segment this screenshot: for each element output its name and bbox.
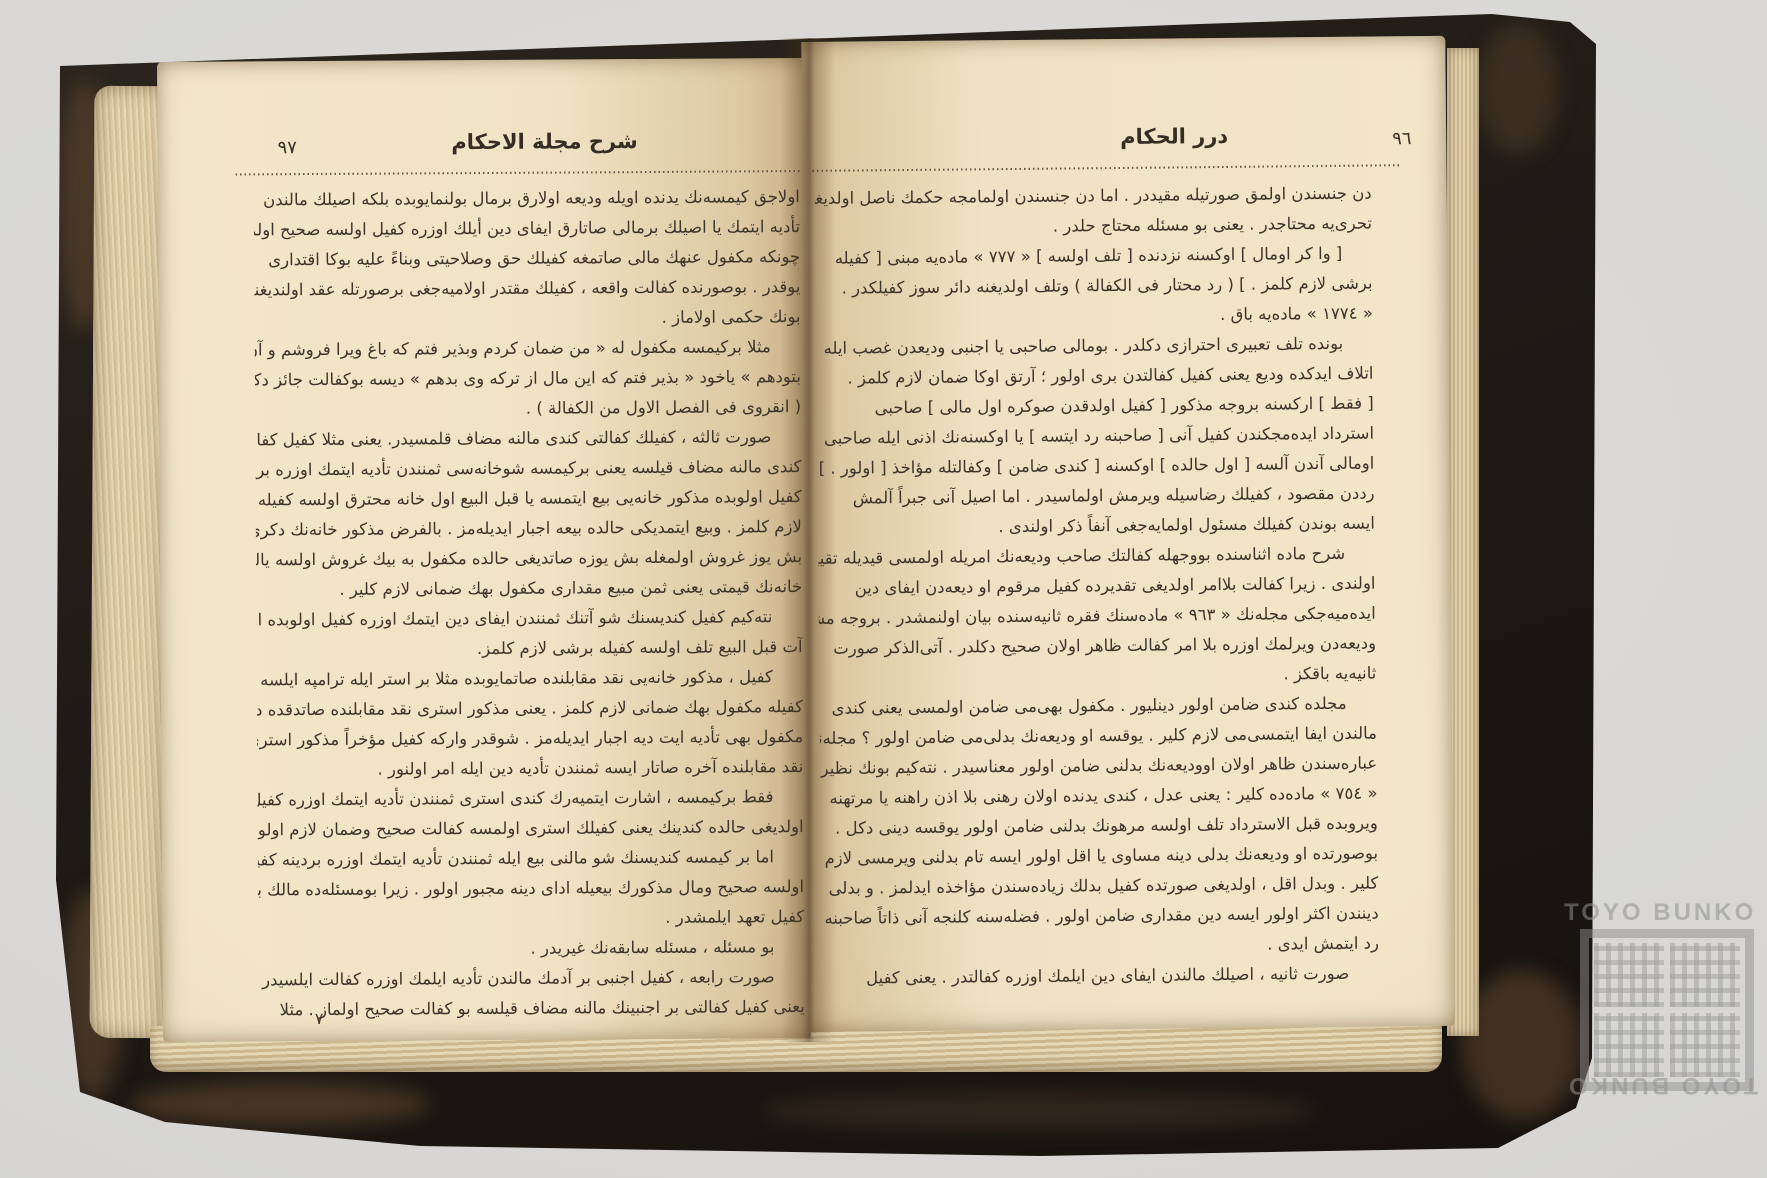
stamp-text-top: TOYO BUNKO	[1564, 899, 1756, 927]
seal-character	[1670, 943, 1740, 1007]
right-page: ٩٦ درر الحكام دن جنسندن اولمق صورتيله مق…	[801, 36, 1454, 1032]
seal-character	[1594, 1013, 1664, 1077]
text-line: اولاجق كيمسه‌نك يدنده اويله وديعه اولارق…	[254, 182, 800, 215]
text-line: نته‌كيم كفيل كنديسنك شو آتنك ثمنندن ايفا…	[256, 602, 802, 635]
page-number-left: ٩٧	[277, 137, 296, 158]
text-line: بونك حكمى اولاماز .	[255, 302, 801, 335]
text-line: تأديه ايتمك يا اصيلك برمالى صاتارق ايفاى…	[254, 212, 800, 245]
text-line: كفيله مكفول بهك ضمانى لازم كلمز . يعنى م…	[257, 692, 803, 725]
cover-wear	[1478, 24, 1558, 154]
text-line: ( انقروى فى الفصل الاول من الكفالة ) .	[255, 392, 801, 425]
header-rule-right	[812, 164, 1400, 172]
seal-character	[1594, 943, 1664, 1007]
text-line: كفيل تعهد ايلمشدر .	[258, 902, 804, 935]
text-line: يعنى كفيل كفالتى بر اجنبينك مالنه مضاف ق…	[259, 992, 805, 1025]
text-line: صورت ثانيه ، اصيلك مالندن ايفاى دين ايلم…	[822, 959, 1379, 994]
text-line: اما بر كيمسه كنديسنك شو مالنى بيع ايله ث…	[258, 842, 804, 875]
text-line: بو مسئله ، مسئله سابقه‌نك غيريدر .	[258, 932, 804, 965]
text-line: كفيل ، مذكور خانه‌يى نقد مقابلنده صاتماي…	[257, 662, 803, 695]
header-rule-left	[236, 170, 802, 175]
library-stamp: TOYO BUNKO TOYO BUNKO	[1552, 893, 1767, 1108]
running-title-right: درر الحكام	[1064, 123, 1284, 149]
stamp-text-bottom: TOYO BUNKO	[1566, 1071, 1758, 1099]
running-title-left: شرح مجلة الاحكام	[434, 129, 654, 154]
text-line: بتودهم » ياخود « بذير فتم كه اين مال از …	[255, 362, 801, 395]
text-line: كندى مالنه مضاف قيلسه يعنى بركيمسه شوخان…	[255, 452, 801, 485]
text-line: مكفول بهى تأديه ايت ديه اجبار ايديله‌مز …	[257, 722, 803, 755]
text-line: خانه‌نك قيمتى يعنى ثمن مبيع مقدارى مكفول…	[256, 572, 802, 605]
text-column-right: دن جنسندن اولمق صورتيله مقيددر . اما دن …	[815, 179, 1380, 994]
text-line: بش يوز غروش اولمغله بش يوزه صاتديغى حالد…	[256, 542, 802, 575]
text-line: صورت ثالثه ، كفيلك كفالتى كندى مالنه مضا…	[255, 422, 801, 455]
text-line: نقد مقابلنده آخره صاتار ايسه ثمنندن تأدي…	[257, 752, 803, 785]
photo-scene: ٩٧ شرح مجلة الاحكام اولاجق كيمسه‌نك يدند…	[0, 0, 1767, 1178]
text-line: آت قبل البيع تلف اولسه كفيله برشى لازم ك…	[257, 632, 803, 665]
text-line: چونكه مكفول عنهك مالى صاتمغه كفيلك حق وص…	[254, 242, 800, 275]
text-line: يوقدر . بوصورنده كفالت واقعه ، كفيلك مقت…	[254, 272, 800, 305]
stamp-seal	[1580, 929, 1754, 1091]
cover-wear	[760, 1092, 1320, 1130]
page-edges-left	[90, 86, 169, 1038]
cover-wear	[130, 1082, 430, 1126]
text-line: لازم كلمز . وبيع ايتمديكى حالده بيعه اجب…	[256, 512, 802, 545]
catchword: ٧	[315, 1009, 324, 1028]
text-line: اولديغى حالده كندينك يعنى كفيلك استرى او…	[258, 812, 804, 845]
text-line: اولسه صحيح ومال مذكورك بيعيله اداى دينه …	[258, 872, 804, 905]
text-line: صورت رابعه ، كفيل اجنبى بر آدمك مالندن ت…	[259, 962, 805, 995]
seal-character	[1670, 1013, 1740, 1077]
page-number-right: ٩٦	[1392, 128, 1412, 149]
text-line: كفيل اولوبده مذكور خانه‌يى بيع ايتمسه يا…	[256, 482, 802, 515]
text-line: مثلا بركيمسه مكفول له « من ضمان كردم وبذ…	[255, 332, 801, 365]
text-line: فقط بركيمسه ، اشارت ايتميه‌رك كندى استرى…	[257, 782, 803, 815]
text-column-left: اولاجق كيمسه‌نك يدنده اويله وديعه اولارق…	[254, 182, 805, 1025]
left-page: ٩٧ شرح مجلة الاحكام اولاجق كيمسه‌نك يدند…	[157, 58, 811, 1042]
